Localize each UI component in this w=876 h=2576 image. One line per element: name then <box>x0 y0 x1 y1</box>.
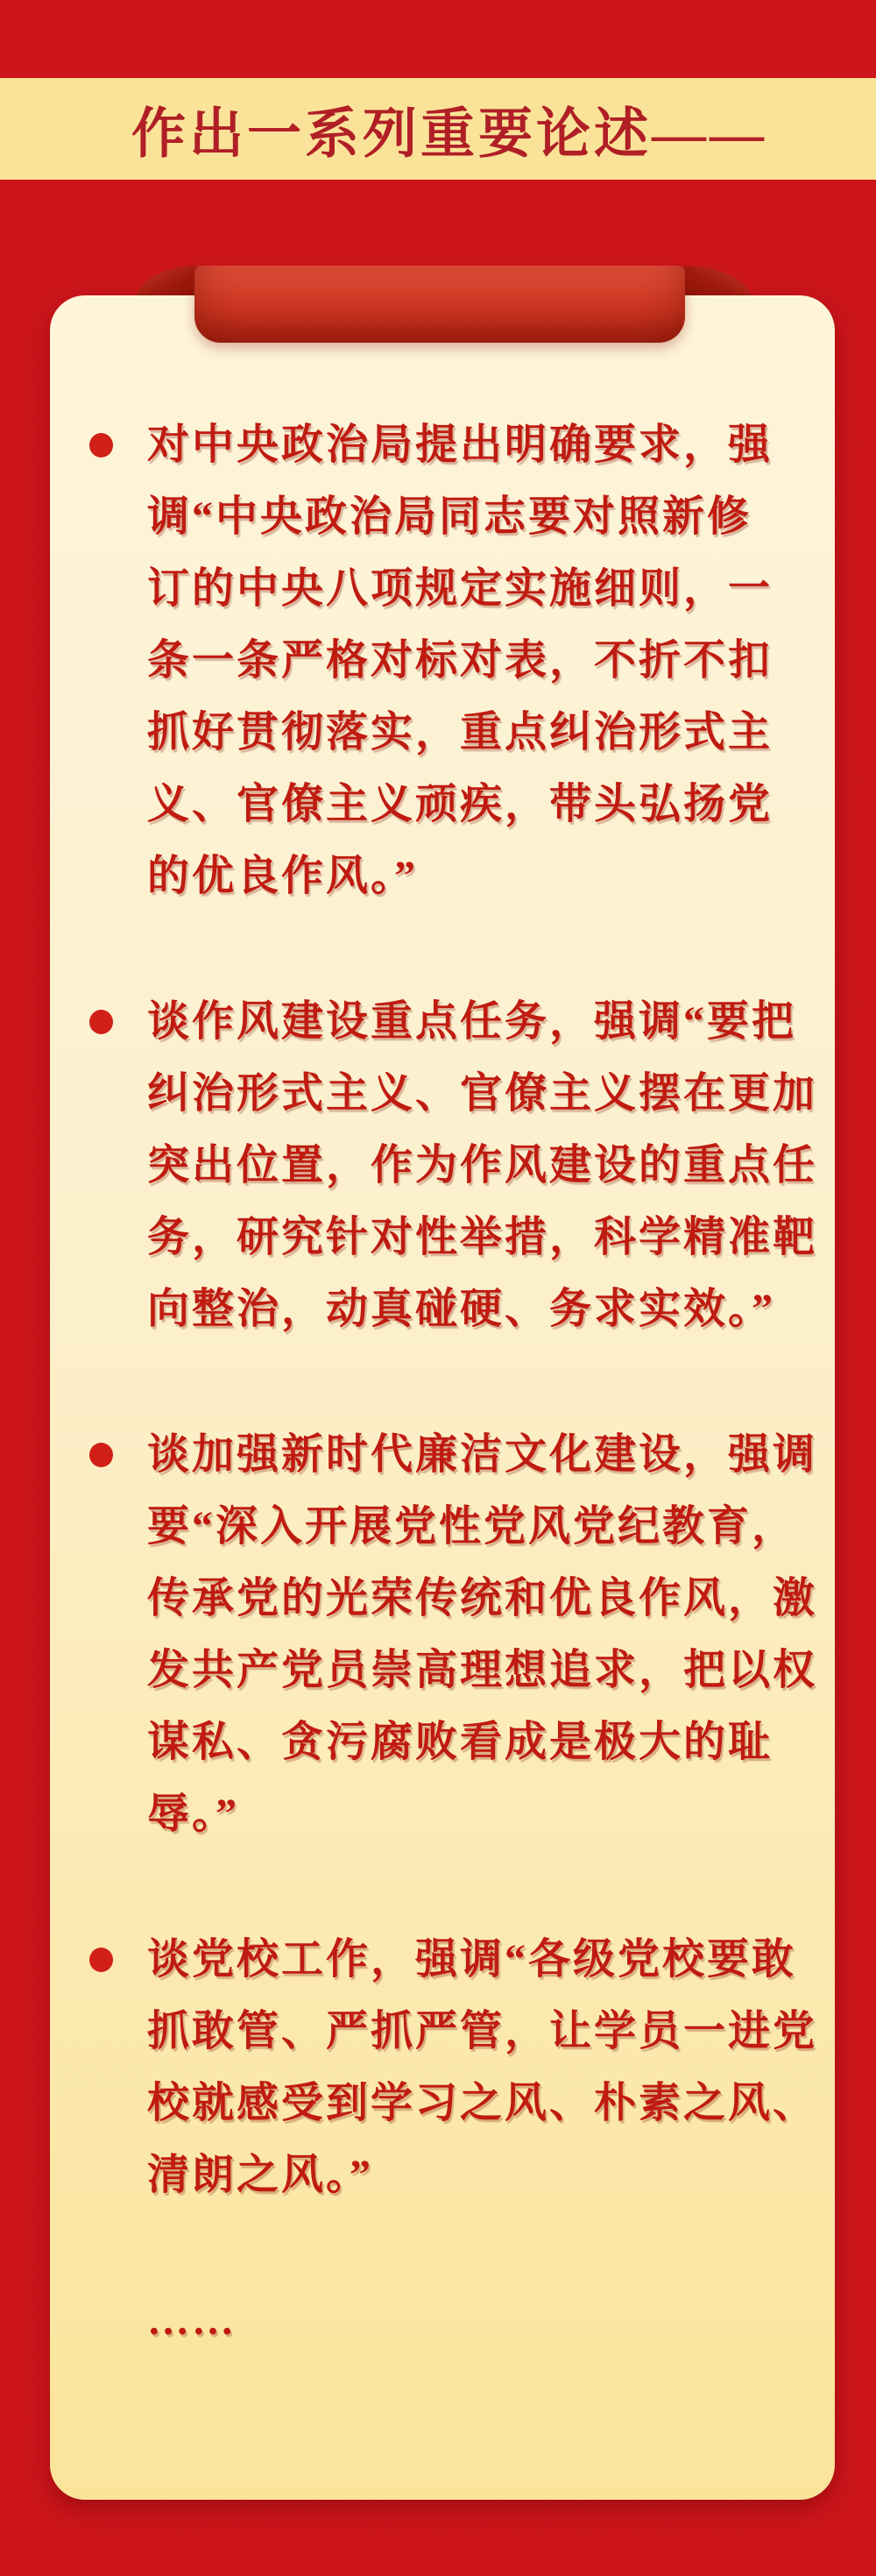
ellipsis-text: …… <box>147 2297 237 2344</box>
list-item: 谈作风建设重点任务，强调“要把 纠治形式主义、官僚主义摆在更加 突出位置，作为作… <box>147 986 823 1345</box>
ribbon-band <box>194 266 685 343</box>
bullet-list: 对中央政治局提出明确要求，强 调“中央政治局同志要对照新修 订的中央八项规定实施… <box>147 409 823 2357</box>
list-item: 谈加强新时代廉洁文化建设，强调 要“深入开展党性党风党纪教育， 传承党的光荣传统… <box>147 1419 823 1850</box>
bullet-text: 谈加强新时代廉洁文化建设，强调 要“深入开展党性党风党纪教育， 传承党的光荣传统… <box>147 1419 823 1850</box>
poster-page: 作出一系列重要论述—— 对中央政治局提出明确要求，强 调“中央政治局同志要对照新… <box>0 0 876 2576</box>
content-card: 对中央政治局提出明确要求，强 调“中央政治局同志要对照新修 订的中央八项规定实施… <box>50 295 835 2500</box>
title-banner: 作出一系列重要论述—— <box>0 78 876 180</box>
bullet-text: 对中央政治局提出明确要求，强 调“中央政治局同志要对照新修 订的中央八项规定实施… <box>147 409 823 912</box>
ellipsis-row: …… <box>147 2285 823 2357</box>
bullet-dot-icon <box>89 1443 113 1467</box>
page-title: 作出一系列重要论述—— <box>131 90 767 168</box>
bullet-dot-icon <box>89 1010 113 1034</box>
list-item: 对中央政治局提出明确要求，强 调“中央政治局同志要对照新修 订的中央八项规定实施… <box>147 409 823 912</box>
bullet-dot-icon <box>89 433 113 458</box>
bullet-text: 谈作风建设重点任务，强调“要把 纠治形式主义、官僚主义摆在更加 突出位置，作为作… <box>147 986 823 1345</box>
bullet-dot-icon <box>89 1948 113 1972</box>
list-item: 谈党校工作，强调“各级党校要敢 抓敢管、严抓严管，让学员一进党 校就感受到学习之… <box>147 1924 823 2211</box>
bullet-text: 谈党校工作，强调“各级党校要敢 抓敢管、严抓严管，让学员一进党 校就感受到学习之… <box>147 1924 823 2211</box>
